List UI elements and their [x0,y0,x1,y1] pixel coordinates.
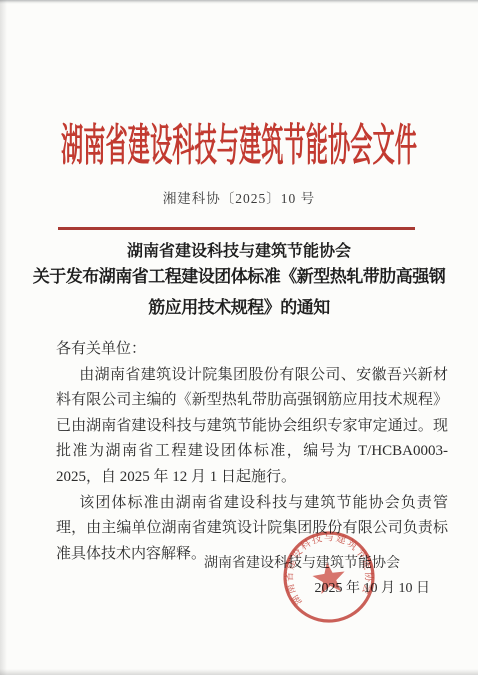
body-paragraph-1: 由湖南省建筑设计院集团股份有限公司、安徽吾兴新材料有限公司主编的《新型热轧带肋高… [56,363,448,491]
scan-artifact-top-edge [0,0,478,4]
scan-artifact-left-edge [0,0,7,675]
notice-heading-org: 湖南省建设科技与建筑节能协会 [0,238,478,261]
letterhead-title: 湖南省建设科技与建筑节能协会文件 [61,121,417,170]
notice-heading-subject-line2: 筋应用技术规程》的通知 [0,292,478,323]
red-separator-line [58,227,415,230]
letterhead-title-svg: 湖南省建设科技与建筑节能协会文件 [49,112,429,174]
salutation: 各有关单位： [56,337,448,363]
doc-number: 湘建科协〔2025〕10 号 [0,187,478,207]
letterhead: 湖南省建设科技与建筑节能协会文件 [0,112,478,179]
notice-heading-subject: 关于发布湖南省工程建设团体标准《新型热轧带肋高强钢 筋应用技术规程》的通知 [0,261,478,323]
notice-body: 各有关单位： 由湖南省建筑设计院集团股份有限公司、安徽吾兴新材料有限公司主编的《… [56,337,448,567]
scan-artifact-bottom-edge [0,669,478,675]
seal-star-icon [311,560,347,595]
official-seal: 湖南省建设科技与建筑节能协会 [274,522,385,633]
document-page: 湖南省建设科技与建筑节能协会文件 湘建科协〔2025〕10 号 湖南省建设科技与… [0,0,478,675]
notice-heading-subject-line1: 关于发布湖南省工程建设团体标准《新型热轧带肋高强钢 [0,261,478,292]
